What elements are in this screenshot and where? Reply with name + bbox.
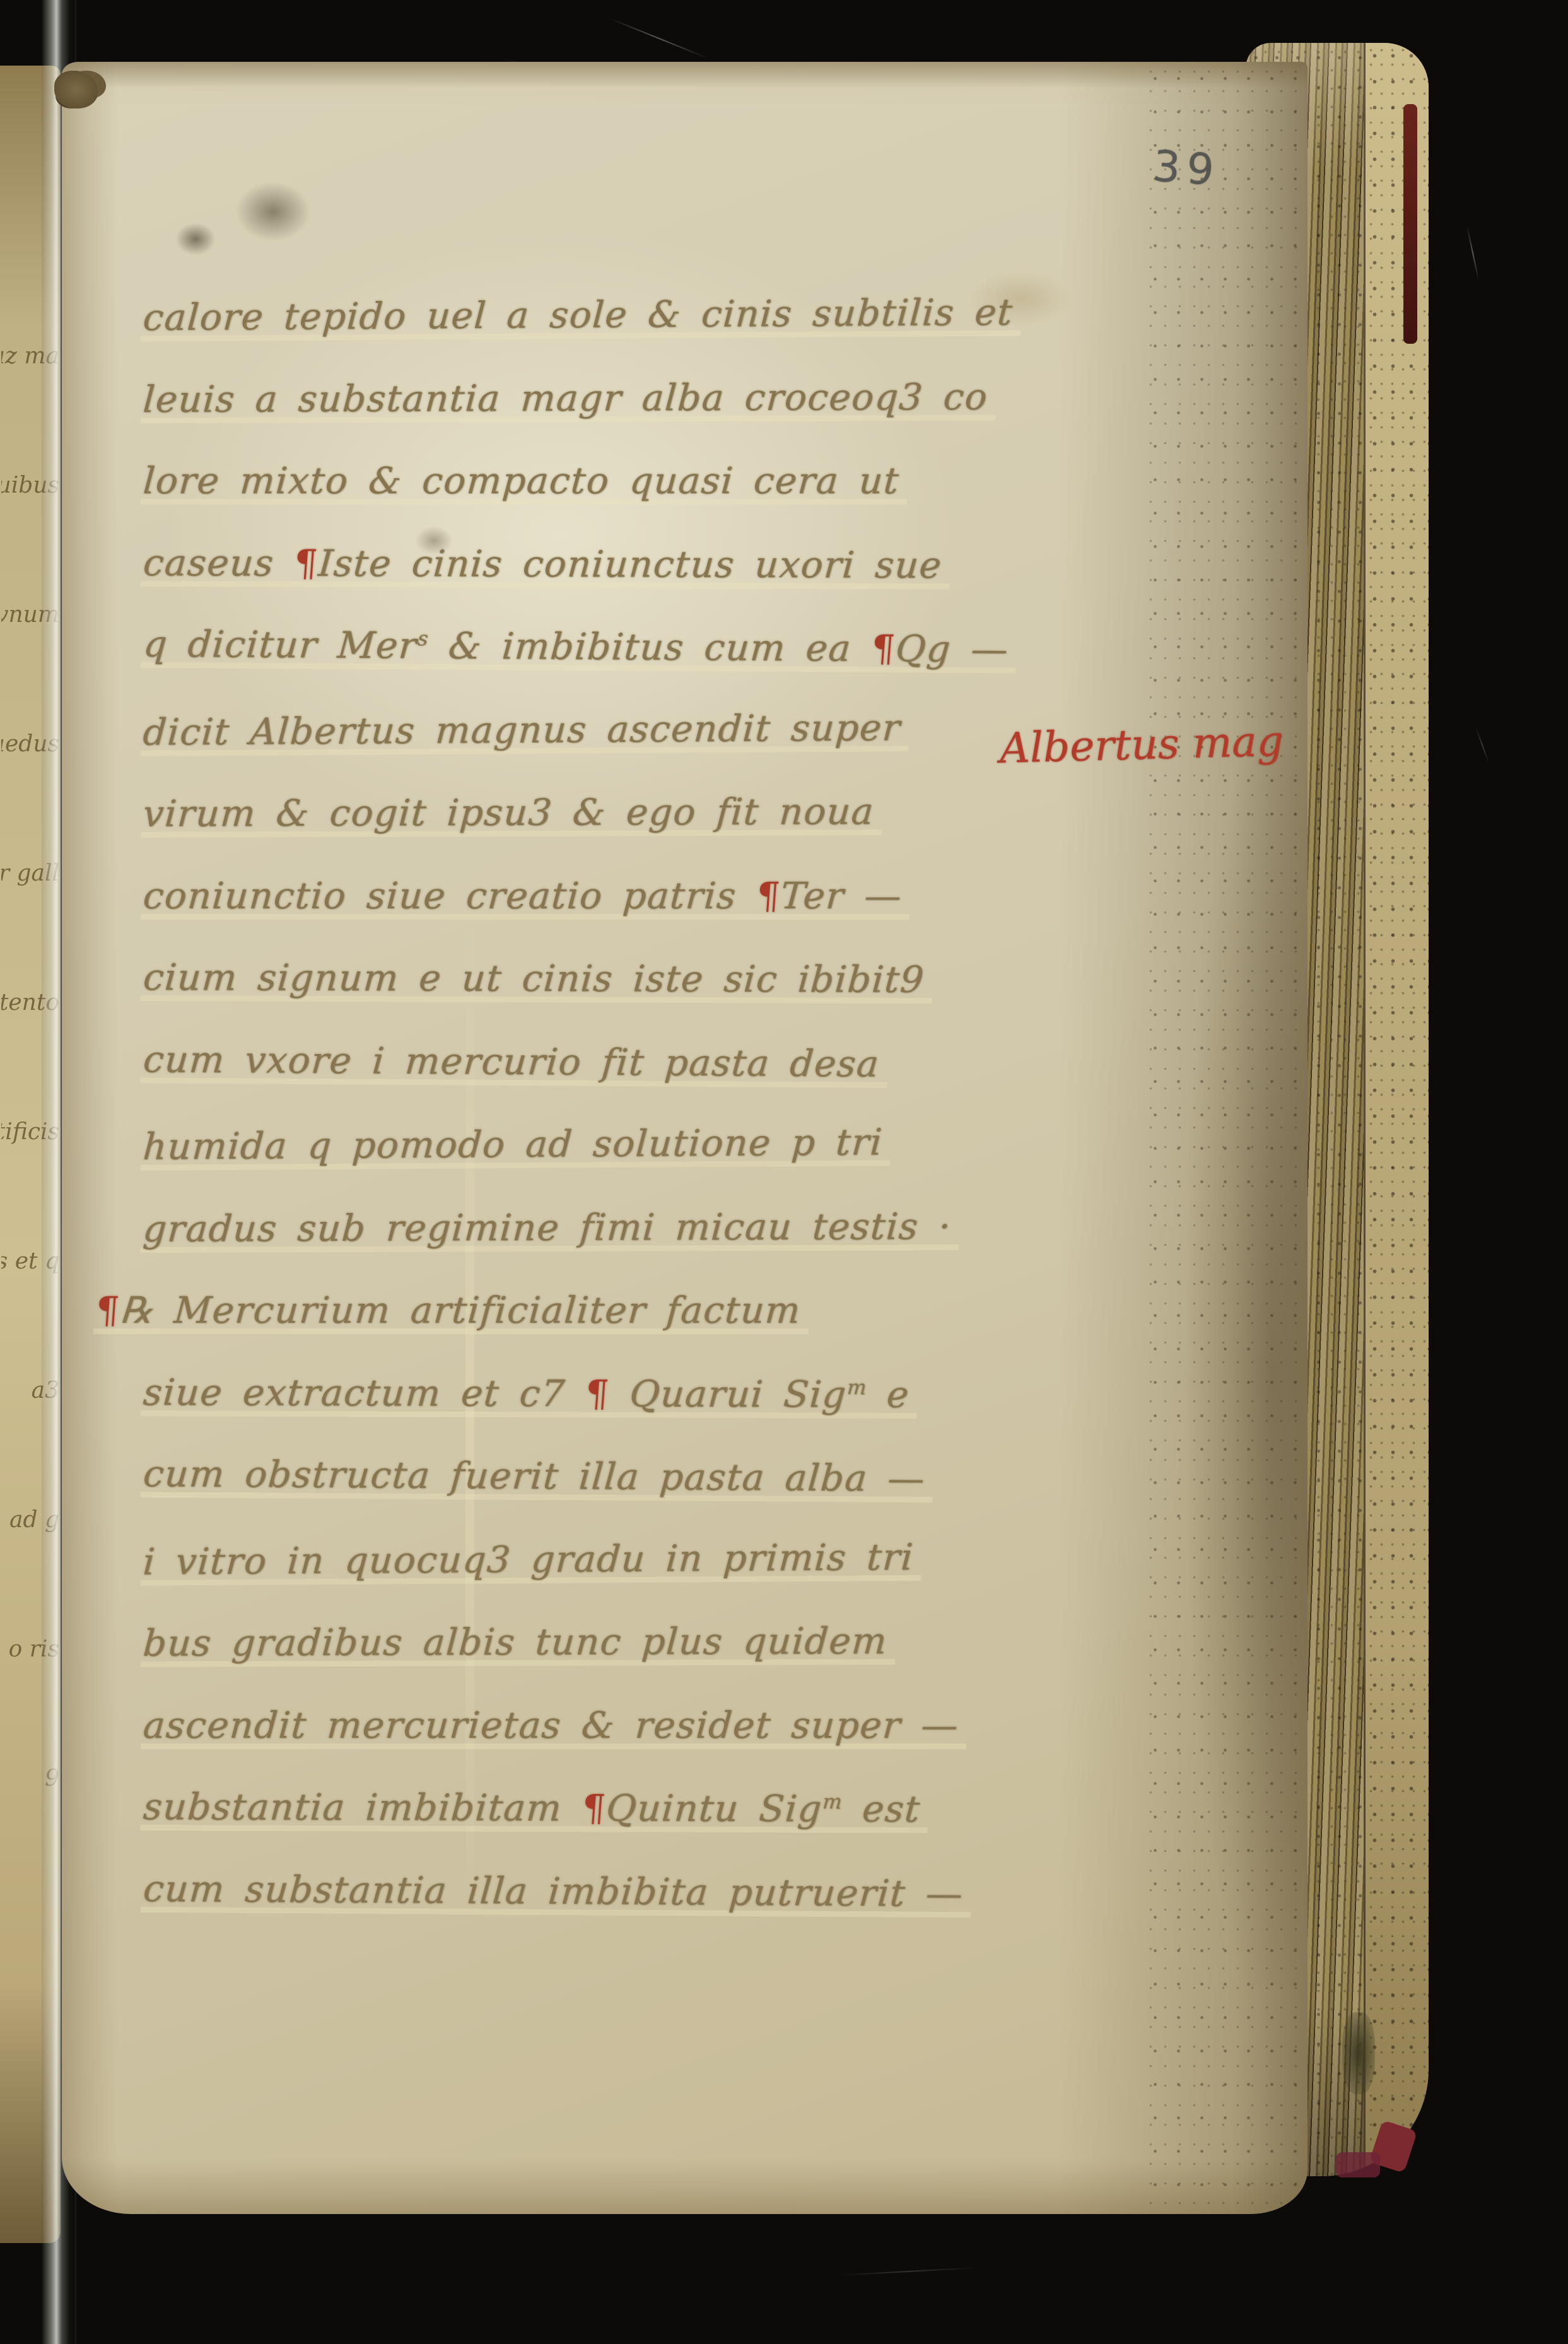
rubric-mark: ¶ — [581, 1786, 608, 1829]
text-segment: ascendit mercurietas & residet super — — [142, 1704, 961, 1747]
text-segment: & imbibitus cum ea — [427, 624, 874, 669]
text-line: bus gradibus albis tunc plus quidem — [140, 1619, 898, 1667]
rubric-mark: ¶ — [755, 874, 782, 917]
text-segment: caseus — [142, 541, 296, 584]
text-line: coniunctio siue creatio patris ¶Ter — — [140, 874, 912, 920]
text-segment: dicit Albertus magnus ascendit super — [142, 706, 903, 754]
text-segment: bus gradibus albis tunc plus quidem — [142, 1619, 889, 1665]
text-line: caseus ¶Iste cinis coniunctus uxori sue — [141, 541, 952, 589]
manuscript-photo: ni caz maquibusvnumiquedusior galls inte… — [0, 0, 1568, 2344]
text-segment: lore mixto & compacto quasi cera ut — [142, 459, 901, 502]
text-line: q dicitur Mers & imbibitus cum ea ¶Qg — — [141, 623, 1019, 674]
text-line: i vitro in quocuq3 gradu in primis tri — [140, 1535, 923, 1586]
text-line: virum & cogit ipsu3 & ego fit noua — [140, 790, 884, 838]
text-line: substantia imbibitam ¶Quintu Sigm est — [141, 1785, 931, 1833]
text-line: siue extractum et c7 ¶ Quarui Sigm e — [141, 1371, 920, 1419]
text-segment: cum substantia illa imbibita putruerit — — [142, 1866, 965, 1914]
text-segment: substantia imbibitam — [142, 1785, 584, 1829]
text-segment: i vitro in quocuq3 gradu in primis tri — [142, 1535, 915, 1583]
text-segment: cium signum e ut cinis iste sic ibibit9 — [142, 956, 926, 1001]
text-segment: calore tepido uel a sole & cinis subtili… — [142, 291, 1015, 339]
text-line: gradus sub regimine fimi micau testis · — [140, 1204, 961, 1252]
text-segment: e — [865, 1373, 911, 1415]
text-segment: leuis a substantia magr alba croceoq3 co — [142, 375, 990, 420]
rubric-mark: ¶ — [584, 1372, 611, 1415]
marginal-note: Albertus mag — [999, 717, 1284, 773]
rubric-mark: ¶ — [870, 627, 898, 670]
text-segment: m — [846, 1375, 869, 1399]
text-line: ascendit mercurietas & residet super — — [140, 1704, 969, 1749]
text-segment: cum obstructa fuerit illa pasta alba — — [142, 1452, 927, 1500]
text-segment: Iste cinis coniunctus uxori sue — [317, 541, 944, 586]
text-line: ¶℞ Mercurium artificialiter factum — [93, 1289, 811, 1334]
text-line: dicit Albertus magnus ascendit super — [140, 706, 911, 756]
text-line: cum obstructa fuerit illa pasta alba — — [141, 1452, 936, 1503]
text-segment: ℞ Mercurium artificialiter factum — [119, 1289, 802, 1332]
text-line: cum substantia illa imbibita putruerit — — [141, 1866, 974, 1917]
text-segment: m — [822, 1790, 844, 1814]
text-segment: est — [841, 1788, 922, 1831]
text-line: lore mixto & compacto quasi cera ut — [140, 459, 910, 505]
text-segment: q dicitur Mer — [142, 623, 419, 667]
text-line: calore tepido uel a sole & cinis subtili… — [140, 291, 1023, 342]
text-segment: coniunctio siue creatio patris — [142, 874, 758, 917]
text-line: cium signum e ut cinis iste sic ibibit9 — [141, 956, 935, 1004]
text-segment: siue extractum et c7 — [142, 1371, 587, 1415]
text-segment: Ter — — [780, 874, 904, 917]
rubric-mark: ¶ — [95, 1289, 122, 1332]
text-segment: Quarui Sig — [608, 1372, 848, 1415]
rubric-mark: ¶ — [293, 541, 320, 584]
text-segment: humida q pomodo ad solutione p tri — [142, 1120, 884, 1168]
text-line: cum vxore i mercurio fit pasta desa — [141, 1038, 890, 1087]
text-segment: Qg — — [894, 627, 1010, 671]
text-segment: Quintu Sig — [605, 1786, 824, 1830]
text-segment: cum vxore i mercurio fit pasta desa — [142, 1038, 881, 1085]
folio-number: 39 — [1151, 141, 1222, 196]
text-line: humida q pomodo ad solutione p tri — [140, 1120, 892, 1170]
text-line: leuis a substantia magr alba croceoq3 co — [140, 375, 998, 423]
text-block: calore tepido uel a sole & cinis subtili… — [0, 0, 1568, 2344]
text-segment: virum & cogit ipsu3 & ego fit noua — [142, 790, 875, 835]
text-segment: gradus sub regimine fimi micau testis · — [142, 1205, 953, 1250]
